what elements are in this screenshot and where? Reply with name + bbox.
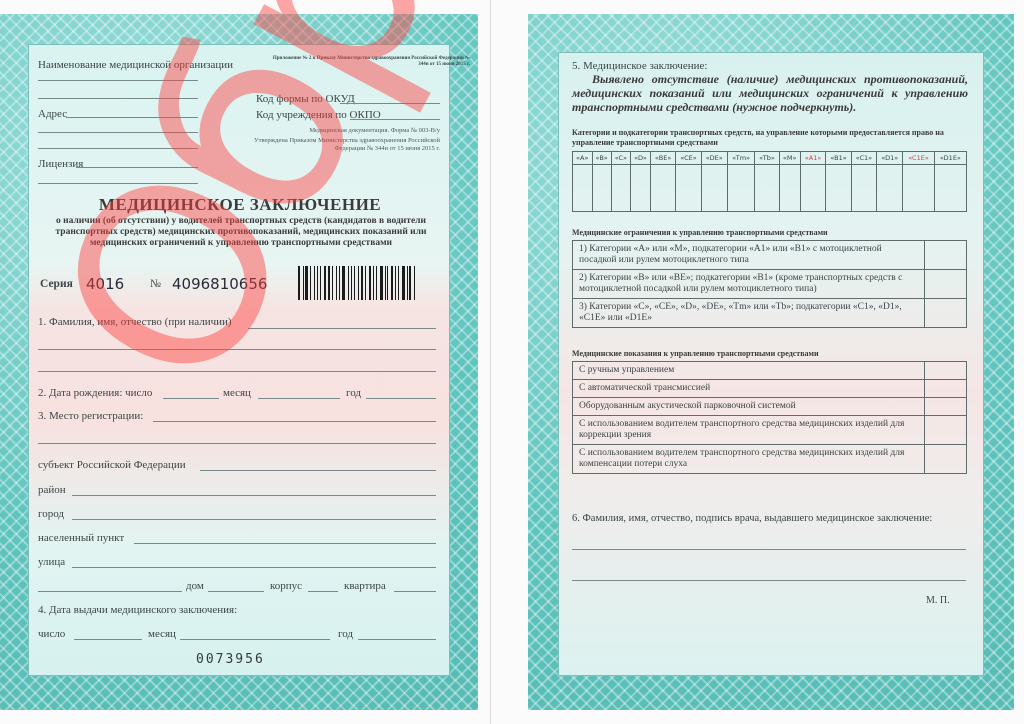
indications-table: С ручным управлениемС автоматической тра…	[572, 361, 967, 474]
category-header: «BE»	[650, 152, 675, 165]
restriction-row: 2) Категории «B» или «BE»; подкатегории …	[573, 270, 967, 299]
restriction-mark-cell[interactable]	[925, 241, 967, 270]
barcode-bar	[310, 266, 311, 300]
restriction-text: 2) Категории «B» или «BE»; подкатегории …	[573, 270, 925, 299]
category-header: «C»	[611, 152, 630, 165]
category-cell[interactable]	[727, 165, 755, 212]
scan-divider	[490, 0, 491, 724]
form-doc: Медицинская документация. Форма № 003-В/…	[262, 127, 440, 134]
category-cell[interactable]	[611, 165, 630, 212]
stamp-label: М. П.	[926, 595, 950, 606]
registration-line-2[interactable]	[38, 443, 436, 444]
document-title: МЕДИЦИНСКОЕ ЗАКЛЮЧЕНИЕ	[30, 195, 450, 215]
restriction-text: 3) Категории «C», «CE», «D», «DE», «Tm» …	[573, 299, 925, 328]
indication-text: Оборудованным акустической парковочной с…	[573, 398, 925, 416]
barcode-bar	[373, 266, 375, 300]
indication-mark-cell[interactable]	[925, 416, 967, 445]
issue-day-label: число	[38, 628, 65, 640]
category-cell[interactable]	[877, 165, 903, 212]
number-label: №	[150, 278, 161, 290]
issue-month-field[interactable]	[180, 639, 330, 640]
registration-field[interactable]	[153, 421, 436, 422]
license-line-2[interactable]	[38, 183, 198, 184]
address-field[interactable]	[66, 117, 198, 118]
category-cell[interactable]	[630, 165, 650, 212]
subject-label: субъект Российской Федерации	[38, 459, 186, 471]
category-header: «A»	[573, 152, 593, 165]
category-header: «A1»	[800, 152, 826, 165]
barcode-bar	[351, 266, 353, 300]
barcode-bar	[358, 266, 359, 300]
birth-year-field[interactable]	[366, 398, 436, 399]
barcode-bar	[391, 266, 393, 300]
fullname-field[interactable]	[248, 328, 436, 329]
building-label: корпус	[270, 580, 302, 592]
indication-mark-cell[interactable]	[925, 445, 967, 474]
house-field[interactable]	[208, 591, 264, 592]
barcode-bar	[332, 266, 333, 300]
category-header: «B»	[592, 152, 611, 165]
issue-month-label: месяц	[148, 628, 176, 640]
barcode-bar	[395, 266, 396, 300]
barcode-bar	[361, 266, 363, 300]
house-label: дом	[186, 580, 204, 592]
indication-row: Оборудованным акустической парковочной с…	[573, 398, 967, 416]
indication-row: С ручным управлением	[573, 362, 967, 380]
city-field[interactable]	[72, 519, 436, 520]
indication-mark-cell[interactable]	[925, 362, 967, 380]
address-line-3[interactable]	[38, 148, 198, 149]
categories-table: «A»«B»«C»«D»«BE»«CE»«DE»«Tm»«Tb»«M»«A1»«…	[572, 151, 967, 212]
birth-day-field[interactable]	[163, 398, 219, 399]
okud-field[interactable]	[340, 103, 440, 104]
barcode-bar	[348, 266, 349, 300]
barcode-bar	[398, 266, 400, 300]
barcode-bar	[369, 266, 371, 300]
settlement-label: населенный пункт	[38, 532, 124, 544]
issue-year-field[interactable]	[358, 639, 436, 640]
section5-label: 5. Медицинское заключение:	[572, 60, 707, 72]
indication-mark-cell[interactable]	[925, 398, 967, 416]
category-cell[interactable]	[701, 165, 727, 212]
barcode-bar	[303, 266, 304, 300]
indication-row: С использованием водителем транспортного…	[573, 445, 967, 474]
issue-date-label: 4. Дата выдачи медицинского заключения:	[38, 604, 237, 616]
settlement-field[interactable]	[134, 543, 436, 544]
restriction-mark-cell[interactable]	[925, 270, 967, 299]
barcode-bar	[380, 266, 382, 300]
birth-year-label: год	[346, 387, 361, 399]
category-header: «D»	[630, 152, 650, 165]
category-cell[interactable]	[676, 165, 701, 212]
issue-year-label: год	[338, 628, 353, 640]
series-value: 4016	[86, 275, 124, 293]
blank-number: 0073956	[196, 652, 265, 667]
apartment-label: квартира	[344, 580, 386, 592]
indication-text: С использованием водителем транспортного…	[573, 416, 925, 445]
indication-text: С автоматической трансмиссией	[573, 380, 925, 398]
birth-month-field[interactable]	[258, 398, 340, 399]
annex-note: Приложение № 2 к Приказу Министерства зд…	[270, 56, 470, 68]
category-header: «Tm»	[727, 152, 755, 165]
category-cell[interactable]	[934, 165, 966, 212]
address-label: Адрес	[38, 108, 67, 120]
category-header: «B1»	[826, 152, 851, 165]
indication-text: С использованием водителем транспортного…	[573, 445, 925, 474]
barcode-bar	[342, 266, 344, 300]
org-name-line[interactable]	[38, 80, 198, 81]
barcode-bar	[402, 266, 404, 300]
barcode-bar	[314, 266, 315, 300]
section5-text: Выявлено отсутствие (наличие) медицински…	[572, 72, 968, 114]
document-subtitle: о наличии (об отсутствии) у водителей тр…	[36, 216, 446, 249]
barcode-bar	[385, 266, 386, 300]
indication-mark-cell[interactable]	[925, 380, 967, 398]
license-label: Лицензия	[38, 158, 83, 170]
category-header: «DE»	[701, 152, 727, 165]
doctor-name-field[interactable]	[572, 549, 966, 550]
restriction-text: 1) Категории «A» или «M», подкатегории «…	[573, 241, 925, 270]
address-extra-field[interactable]	[38, 591, 182, 592]
street-label: улица	[38, 556, 65, 568]
birth-month-label: месяц	[223, 387, 251, 399]
barcode-bar	[339, 266, 341, 300]
barcode-bar	[328, 266, 330, 300]
barcode	[298, 266, 416, 300]
category-header: «CE»	[676, 152, 701, 165]
category-cell[interactable]	[650, 165, 675, 212]
category-cell[interactable]	[573, 165, 593, 212]
category-cell[interactable]	[800, 165, 826, 212]
district-field[interactable]	[72, 495, 436, 496]
issue-day-field[interactable]	[74, 639, 142, 640]
indication-row: С автоматической трансмиссией	[573, 380, 967, 398]
barcode-bar	[414, 266, 415, 300]
barcode-bar	[387, 266, 388, 300]
restrictions-heading: Медицинские ограничения к управлению тра…	[572, 228, 972, 238]
org-name-line-2[interactable]	[38, 98, 198, 99]
fullname-line-2[interactable]	[38, 349, 436, 350]
barcode-bar	[320, 266, 321, 300]
birthdate-label: 2. Дата рождения: число	[38, 387, 152, 399]
barcode-bar	[354, 266, 355, 300]
street-field[interactable]	[72, 567, 436, 568]
approved-note: Утверждена Приказом Министерства здравоо…	[240, 137, 440, 152]
barcode-bar	[376, 266, 377, 300]
district-label: район	[38, 484, 66, 496]
category-header: «Tb»	[755, 152, 779, 165]
barcode-bar	[317, 266, 319, 300]
category-cell[interactable]	[755, 165, 779, 212]
doctor-signature-field[interactable]	[572, 580, 966, 581]
section6-label: 6. Фамилия, имя, отчество, подпись врача…	[572, 513, 932, 524]
okpo-field[interactable]	[350, 119, 440, 120]
restrictions-table: 1) Категории «A» или «M», подкатегории «…	[572, 240, 967, 328]
series-label: Серия	[40, 278, 73, 290]
number-value: 4096810656	[172, 275, 267, 293]
barcode-bar	[365, 266, 366, 300]
category-header: «C1»	[851, 152, 876, 165]
barcode-bar	[305, 266, 307, 300]
city-label: город	[38, 508, 64, 520]
subject-field[interactable]	[200, 470, 436, 471]
category-header: «D1»	[877, 152, 903, 165]
building-field[interactable]	[308, 591, 338, 592]
barcode-bar	[298, 266, 300, 300]
category-cell[interactable]	[903, 165, 934, 212]
barcode-bar	[336, 266, 337, 300]
indication-row: С использованием водителем транспортного…	[573, 416, 967, 445]
restriction-mark-cell[interactable]	[925, 299, 967, 328]
category-cell[interactable]	[592, 165, 611, 212]
category-cell[interactable]	[779, 165, 800, 212]
category-cell[interactable]	[826, 165, 851, 212]
registration-label: 3. Место регистрации:	[38, 410, 143, 422]
restriction-row: 3) Категории «C», «CE», «D», «DE», «Tm» …	[573, 299, 967, 328]
address-line-2[interactable]	[38, 132, 198, 133]
category-header: «D1E»	[934, 152, 966, 165]
license-field[interactable]	[76, 167, 198, 168]
apartment-field[interactable]	[394, 591, 436, 592]
category-cell[interactable]	[851, 165, 876, 212]
categories-heading: Категории и подкатегории транспортных ср…	[572, 128, 972, 148]
barcode-bar	[407, 266, 408, 300]
restriction-row: 1) Категории «A» или «M», подкатегории «…	[573, 241, 967, 270]
category-header: «C1E»	[903, 152, 934, 165]
fullname-line-3[interactable]	[38, 371, 436, 372]
category-header: «M»	[779, 152, 800, 165]
indications-heading: Медицинские показания к управлению транс…	[572, 349, 972, 359]
indication-text: С ручным управлением	[573, 362, 925, 380]
org-name-label: Наименование медицинской организации	[38, 59, 233, 71]
field-fullname-label: 1. Фамилия, имя, отчество (при наличии)	[38, 316, 232, 328]
barcode-bar	[409, 266, 411, 300]
barcode-bar	[324, 266, 326, 300]
